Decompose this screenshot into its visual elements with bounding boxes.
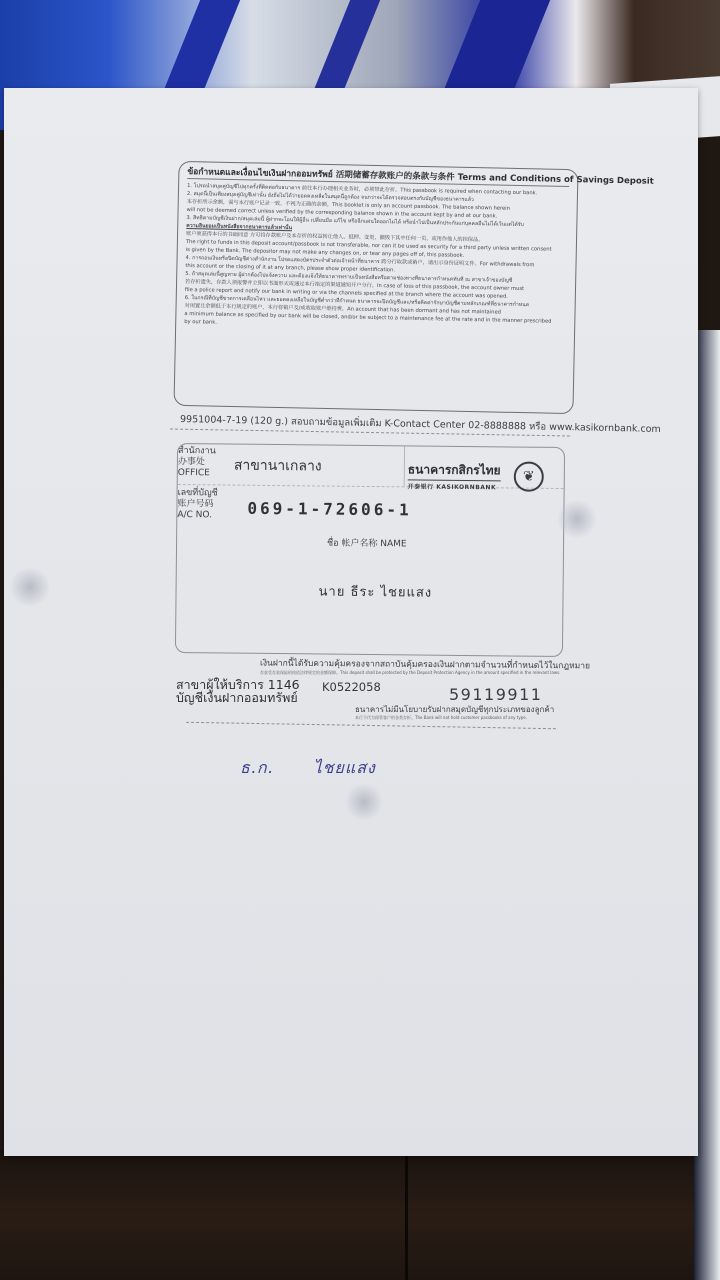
account-label-zh: 账户号码 <box>177 499 217 510</box>
ink-smudge <box>346 782 382 822</box>
deposit-protection-en: 存款受存款保险机构依法律规定的金额保障。This deposit shall b… <box>260 670 560 676</box>
account-holder-name: นาย ธีระ ไชยแสง <box>318 580 432 602</box>
passbook-policy-en: 本行不代为保管客户的各类存折。The Bank will not hold cu… <box>355 715 527 721</box>
background-desk-surface <box>0 1150 720 1280</box>
office-label-en: OFFICE <box>178 468 216 479</box>
k-code: K0522058 <box>322 680 381 694</box>
bank-logo: ธนาคารกสิกรไทย 开泰银行 KASIKORNBANK <box>408 460 501 491</box>
name-label: ชื่อ 帐户名称 NAME <box>327 536 407 551</box>
account-label-th: เลขที่บัญชี <box>178 488 218 499</box>
bank-name-en: 开泰银行 KASIKORNBANK <box>408 481 501 491</box>
divider <box>178 484 564 489</box>
account-number: 069-1-72606-1 <box>247 499 411 520</box>
branch-service: สาขาผู้ให้บริการ 1146 บัญชีเงินฝากออมทรั… <box>176 678 300 704</box>
office-value: สาขานาเกลาง <box>234 455 322 478</box>
office-label-th: สำนักงาน <box>178 446 216 457</box>
handwriting-part2: ไชยแสง <box>314 758 376 777</box>
terms-heading-zh: 活期储蓄存款账户的条款与条件 <box>336 170 455 182</box>
account-type: บัญชีเงินฝากออมทรัพย์ <box>176 691 300 704</box>
office-label: สำนักงาน 办事处 OFFICE <box>178 446 216 479</box>
ink-smudge <box>8 568 52 606</box>
terms-heading-th: ข้อกำหนดและเงื่อนไขเงินฝากออมทรัพย์ <box>187 167 333 180</box>
passbook-card: สำนักงาน 办事处 OFFICE สาขานาเกลาง ธนาคารกส… <box>175 443 565 657</box>
account-label: เลขที่บัญชี 账户号码 A/C NO. <box>177 488 218 521</box>
office-label-zh: 办事处 <box>178 457 216 468</box>
ink-smudge <box>556 500 598 538</box>
account-label-en: A/C NO. <box>177 510 217 521</box>
serial-number: 59119911 <box>449 685 542 704</box>
bank-name-th: ธนาคารกสิกรไทย <box>408 460 501 481</box>
kasikorn-logo-icon: ❦ <box>514 462 544 492</box>
terms-and-conditions-box: ข้อกำหนดและเงื่อนไขเงินฝากออมทรัพย์ 活期储蓄… <box>173 161 578 414</box>
handwriting-part1: ธ.ก. <box>240 758 274 777</box>
divider <box>404 446 405 486</box>
background-cable <box>405 1150 408 1280</box>
handwritten-note: ธ.ก.ไชยแสง <box>240 756 376 781</box>
